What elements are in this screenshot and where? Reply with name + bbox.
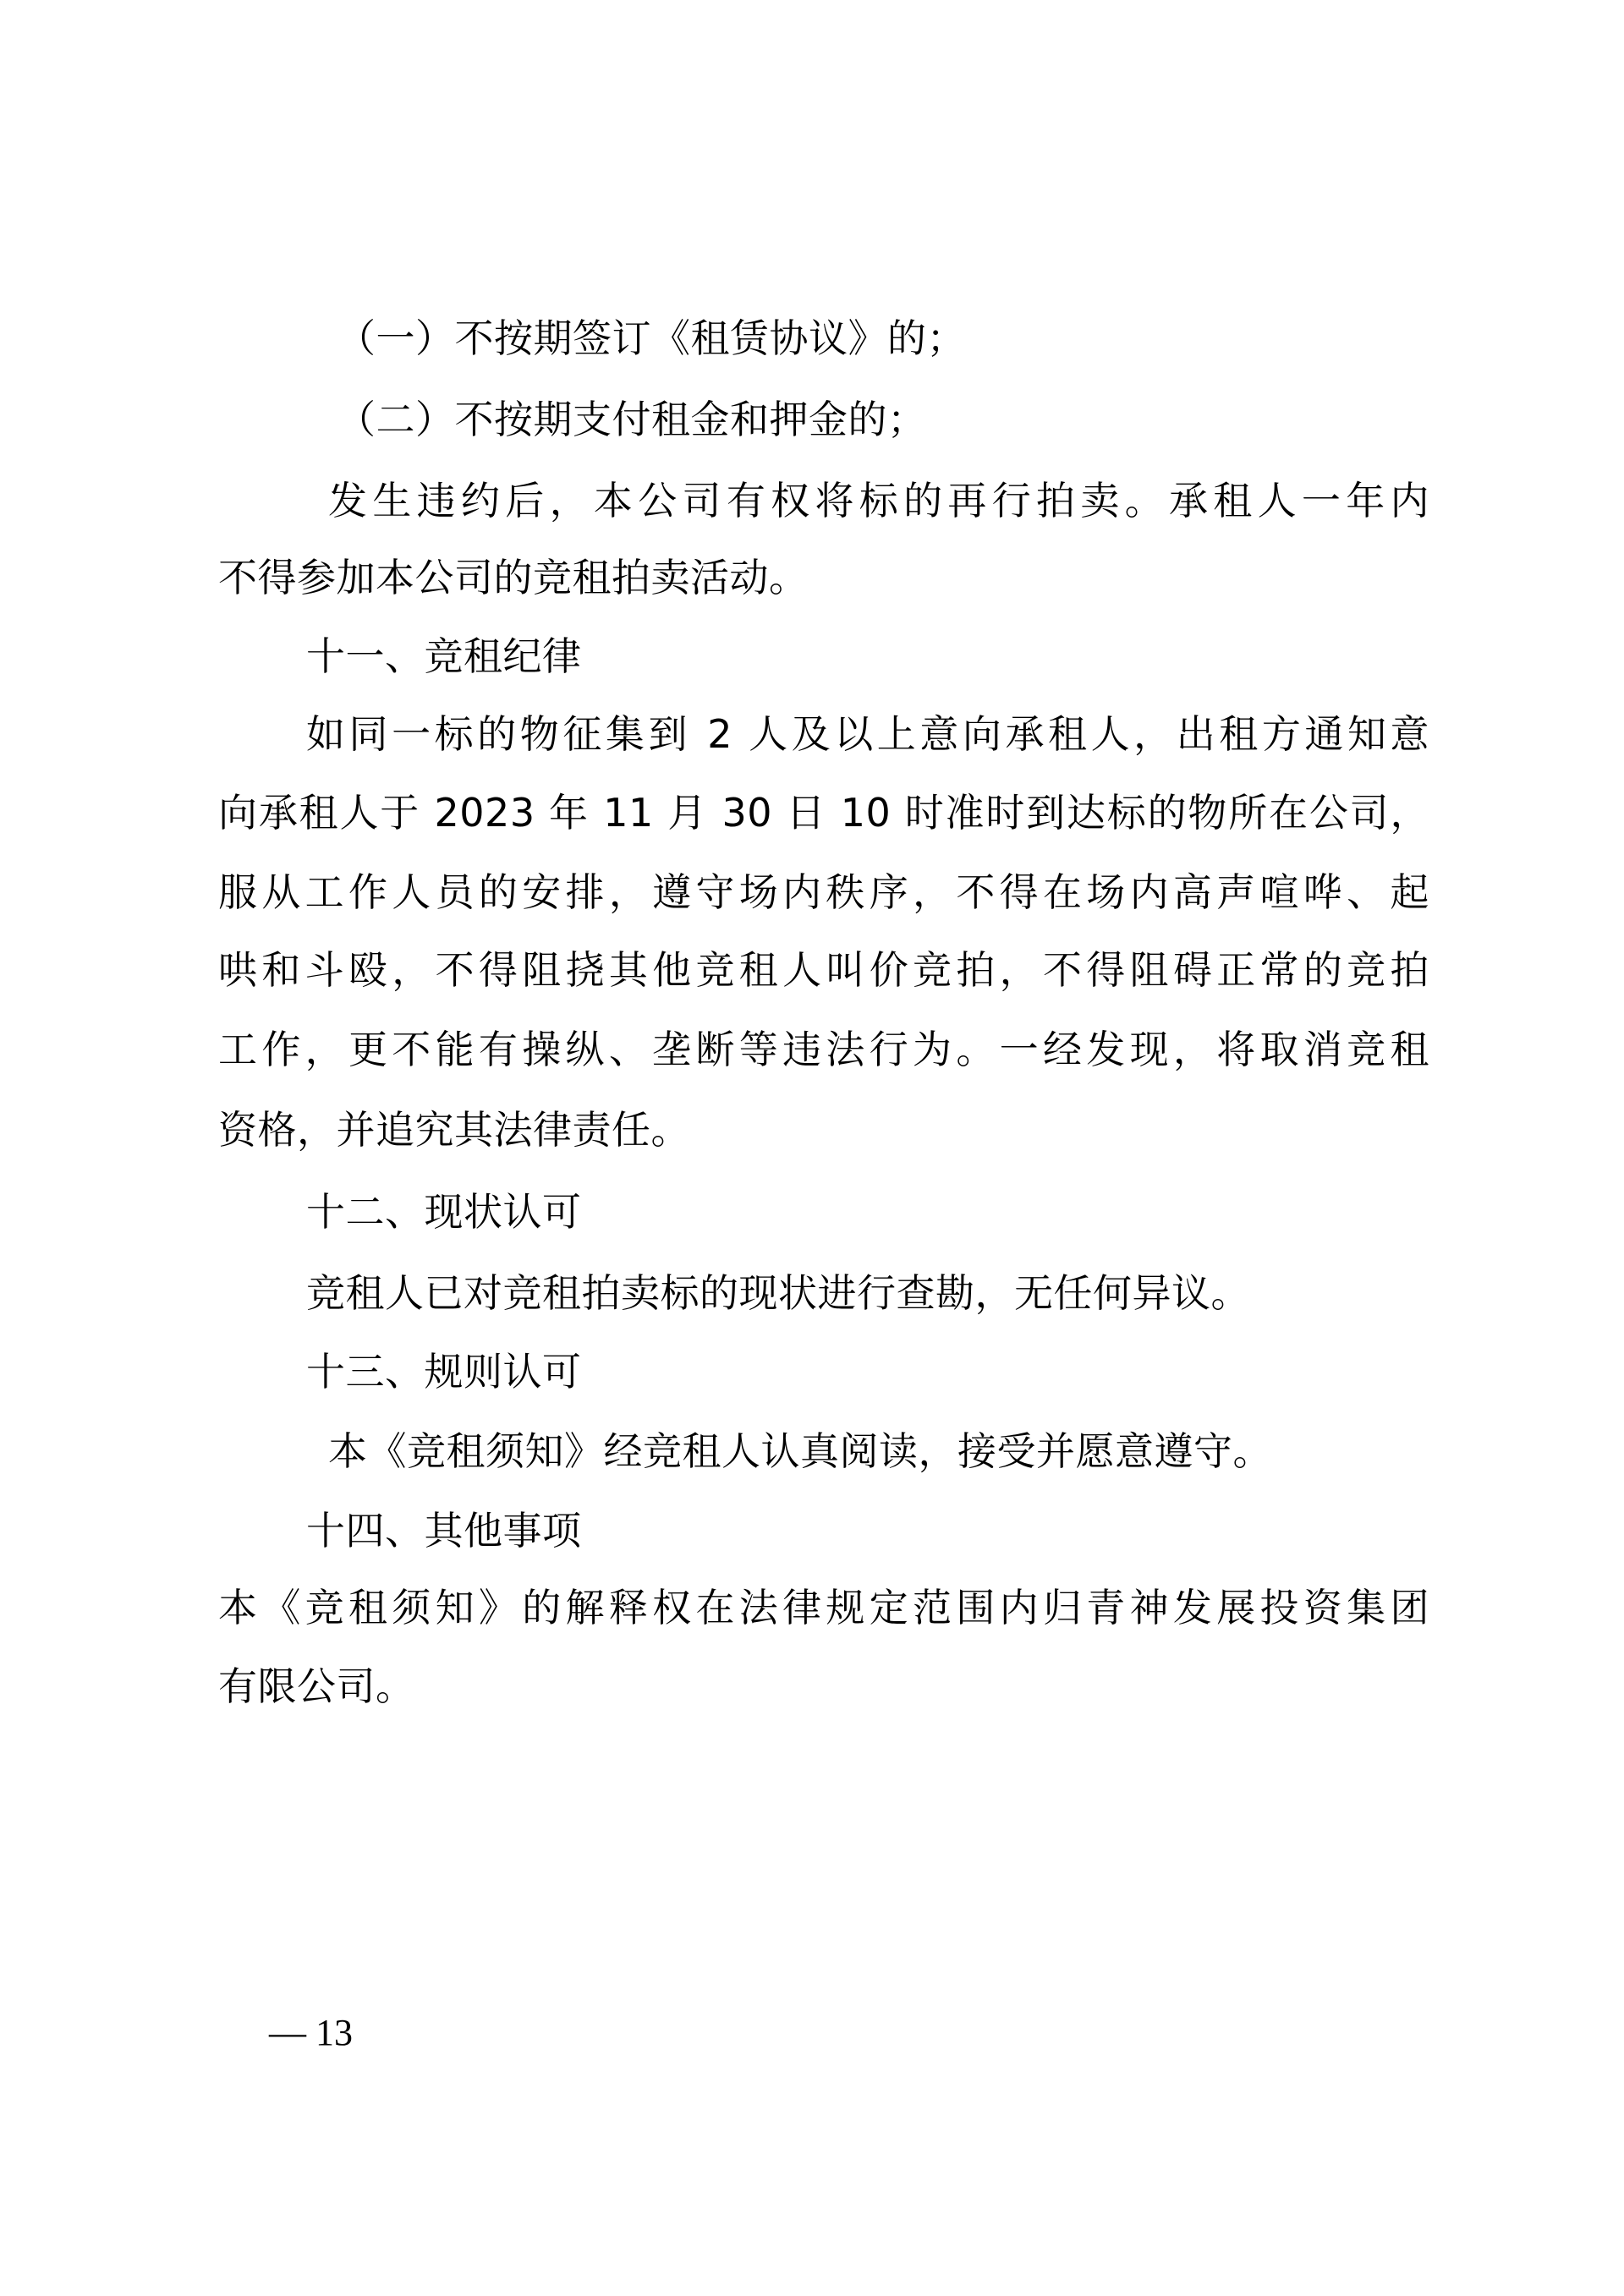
paragraph-other-line-2: 有限公司。 <box>218 1647 1429 1726</box>
clause-item-2: （二）不按期支付租金和押金的； <box>218 381 1429 459</box>
paragraph-discipline-line-5: 工作，更不能有操纵、垄断等违法行为。一经发现，将取消竞租 <box>218 1011 1429 1089</box>
paragraph-discipline-line-1: 如同一标的物征集到 2 人及以上意向承租人，出租方通知意 <box>218 695 1429 774</box>
section-heading-14: 十四、其他事项 <box>218 1492 1429 1570</box>
paragraph-rules: 本《竞租须知》经竞租人认真阅读，接受并愿意遵守。 <box>218 1412 1429 1491</box>
paragraph-discipline-line-2: 向承租人于 2023 年 11 月 30 日 10 时准时到达标的物所在公司， <box>218 774 1429 852</box>
paragraph-discipline-line-3: 服从工作人员的安排，遵守场内秩序，不得在场内高声喧哗、起 <box>218 853 1429 932</box>
clause-item-1: （一）不按期签订《租赁协议》的； <box>218 299 1429 378</box>
document-page: （一）不按期签订《租赁协议》的； （二）不按期支付租金和押金的； 发生违约后，本… <box>0 0 1624 2296</box>
paragraph-breach-line-1: 发生违约后，本公司有权将标的再行拍卖。承租人一年内 <box>218 462 1429 540</box>
paragraph-discipline-line-4: 哄和斗殴，不得阻挠其他竞租人叫价竞拍，不得阻碍正常的竞拍 <box>218 931 1429 1010</box>
paragraph-status: 竞租人已对竞租拍卖标的现状进行查勘，无任何异议。 <box>218 1254 1429 1333</box>
section-heading-13: 十三、规则认可 <box>218 1333 1429 1411</box>
paragraph-breach-line-2: 不得参加本公司的竞租拍卖活动。 <box>218 539 1429 617</box>
paragraph-other-line-1: 本《竞租须知》的解释权在法律规定范围内归青神发展投资集团 <box>218 1569 1429 1647</box>
section-heading-11: 十一、竞租纪律 <box>218 617 1429 696</box>
section-heading-12: 十二、现状认可 <box>218 1173 1429 1252</box>
paragraph-discipline-line-6: 资格，并追究其法律责任。 <box>218 1091 1429 1170</box>
page-number: — 13 <box>269 2013 353 2053</box>
